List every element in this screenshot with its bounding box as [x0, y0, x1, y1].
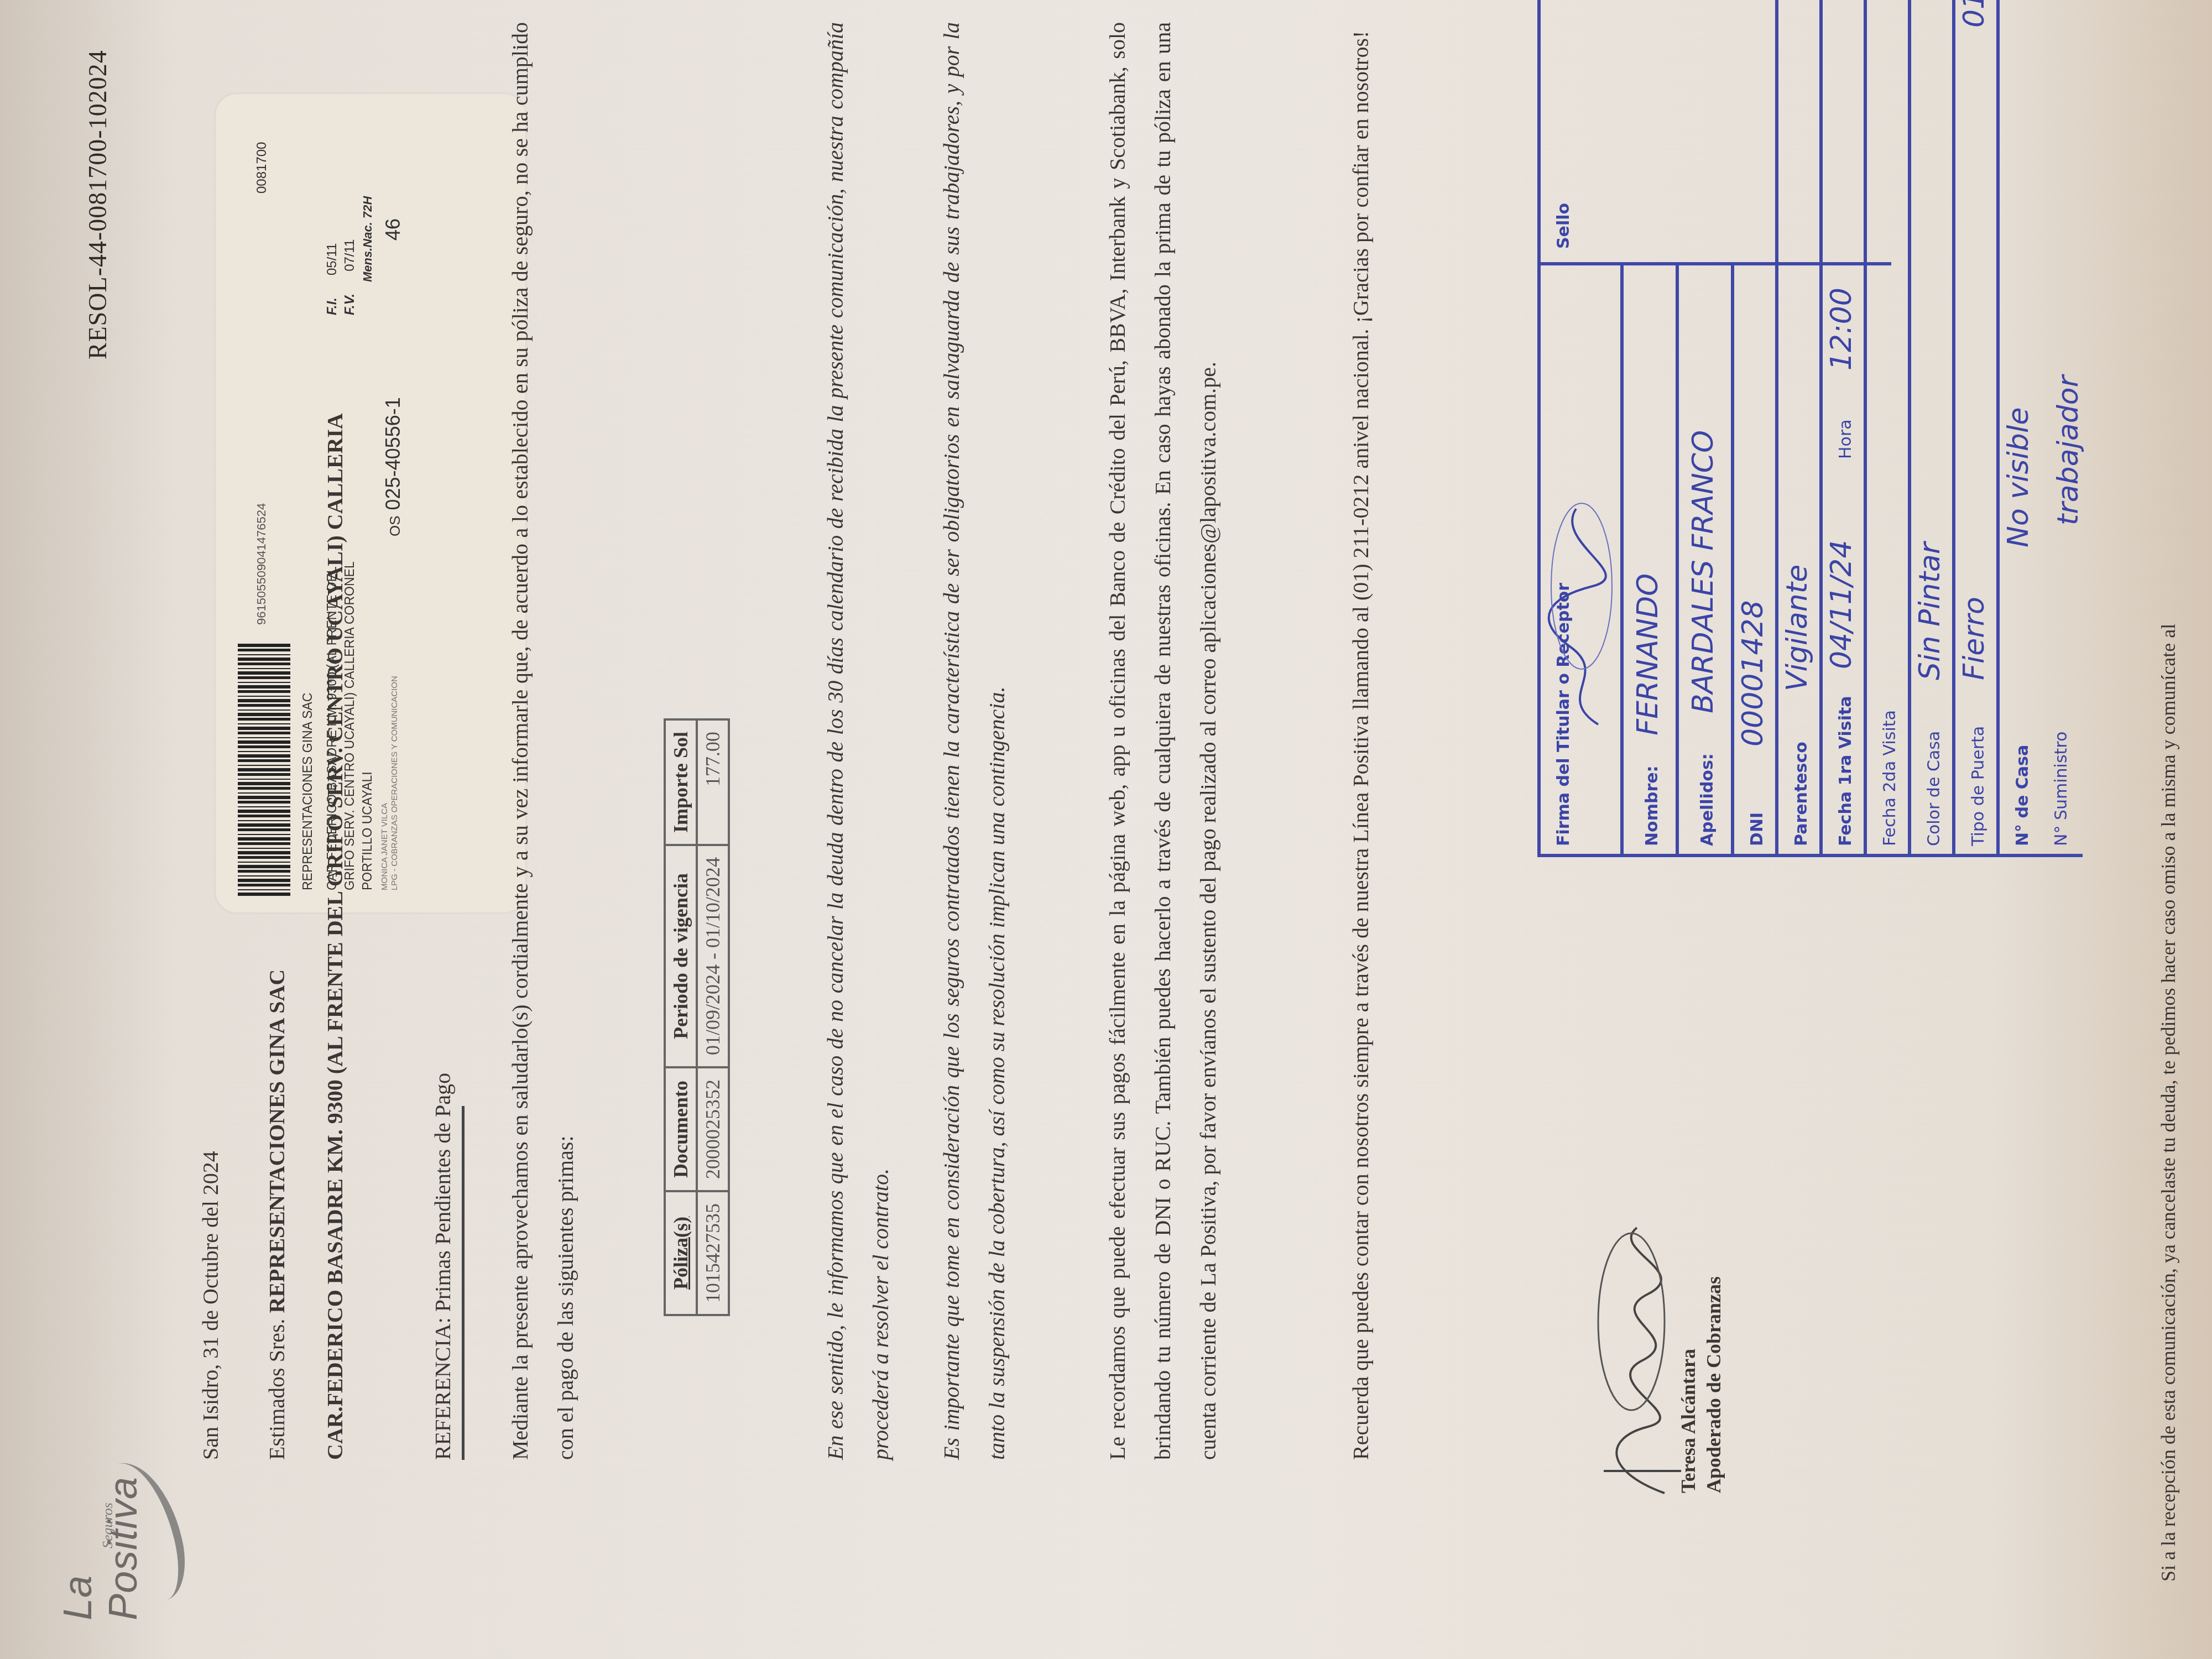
col-periodo: Periodo de vigencia: [665, 845, 697, 1067]
recipient-address: CAR.FEDERICO BASADRE KM. 9300 (AL FRENTE…: [321, 409, 349, 1460]
label-hora: Hora: [1836, 419, 1855, 459]
greeting: Estimados Sres. REPRESENTACIONES GINA SA…: [254, 969, 300, 1460]
form-divider: [1620, 265, 1624, 857]
value-extra: trabajador: [2052, 375, 2085, 525]
greeting-name: REPRESENTACIONES GINA SAC: [264, 969, 289, 1313]
value-fecha1: 04/11/24: [1825, 540, 1858, 669]
label-n-casa: N° de Casa: [2013, 745, 2032, 846]
visit-form: Firma del Titular o Receptor Sello Nombr…: [1537, 0, 2090, 857]
value-parentesco: Vigilante: [1781, 565, 1814, 691]
label-os: OS025-40556-1: [382, 397, 405, 536]
resolution-code: RESOL-44-0081700-102024: [83, 50, 112, 359]
signer-name: Teresa Alcántara: [1676, 1276, 1701, 1493]
label-dni: DNI: [1747, 812, 1767, 846]
reference-underline: [462, 1106, 465, 1460]
label-color-casa: Color de Casa: [1924, 731, 1944, 846]
col-documento: Documento: [665, 1067, 697, 1191]
label-parentesco: Parentesco: [1792, 742, 1811, 846]
os-prefix: OS: [387, 515, 403, 536]
signer: Teresa Alcántara Apoderado de Cobranzas: [1676, 1276, 1726, 1493]
letter-date: San Isidro, 31 de Octubre del 2024: [188, 1151, 233, 1460]
barcode-number: 96150550904147652​4: [254, 503, 269, 625]
form-divider: [1908, 0, 1911, 857]
paragraph-warning: En ese sentido, le informamos que en el …: [813, 22, 904, 1460]
label-service: Mens.Nac. 72H: [361, 196, 375, 282]
mailing-label: 96150550904147652​4 0081700 REPRESENTACI…: [216, 94, 525, 912]
os-value: 025-40556-1: [382, 397, 404, 510]
label-sello: Sello: [1554, 203, 1573, 249]
form-divider: [1676, 265, 1679, 857]
label-code: 0081700: [254, 142, 270, 194]
value-hora: 12:00: [1825, 288, 1858, 371]
label-n-medidor: N° Suministro: [2052, 732, 2071, 846]
form-signature-icon: [1543, 498, 1620, 730]
fv-value: 07/11: [342, 239, 357, 272]
paragraph-intro: Mediante la presente aprovechamos en sal…: [498, 22, 588, 1460]
col-poliza: Póliza(s): [665, 1191, 697, 1315]
form-divider: [1819, 0, 1823, 857]
value-nombre: FERNANDO: [1631, 573, 1665, 735]
label-nombre: Nombre:: [1642, 765, 1662, 846]
fi-value: 05/11: [325, 243, 340, 275]
reference: REFERENCIA: Primas Pendientes de Pago: [420, 1073, 466, 1460]
signer-title: Apoderado de Cobranzas: [1701, 1276, 1726, 1493]
value-n-casa: 01: [1958, 0, 1991, 28]
cell-poliza: 1015427535: [697, 1191, 729, 1315]
cell-documento: 2000025352: [697, 1067, 729, 1191]
fi-label: F.I.: [325, 298, 340, 315]
letter-page: La Positiva Seguros RESOL-44-0081700-102…: [0, 0, 2212, 1659]
label-address-line: PORTILLO UCAYALI: [358, 337, 376, 890]
label-fecha1: Fecha 1ra Visita: [1836, 696, 1855, 846]
form-divider: [1775, 0, 1778, 857]
value-n-medidor: No visible: [2002, 408, 2035, 547]
la-positiva-logo: La Positiva Seguros: [22, 1438, 155, 1626]
label-tipo-puerta: Tipo de Puerta: [1969, 726, 1988, 846]
form-divider: [1952, 0, 1955, 857]
label-count: 46: [382, 218, 405, 241]
paragraph-closing: Recuerda que puedes contar con nosotros …: [1338, 22, 1384, 1460]
barcode-icon: [238, 641, 290, 896]
form-divider: [1864, 0, 1867, 857]
table-row: 1015427535 2000025352 01/09/2024 - 01/10…: [697, 719, 729, 1315]
cell-periodo: 01/09/2024 - 01/10/2024: [697, 845, 729, 1067]
footer-note: Si a la recepción de esta comunicación, …: [2157, 624, 2180, 1582]
form-divider: [1731, 265, 1734, 857]
paragraph-importance: Es importante que tome en consideración …: [929, 22, 1020, 1460]
paragraph-payment: Le recordamos que puede efectuar sus pag…: [1095, 22, 1231, 1460]
value-color-casa: Sin Pintar: [1913, 542, 1947, 680]
label-fecha2: Fecha 2da Visita: [1880, 710, 1900, 846]
value-dni: 00001428: [1736, 600, 1770, 747]
form-divider: [1996, 0, 2000, 857]
fv-label: F.V.: [342, 294, 357, 315]
table-header-row: Póliza(s) Documento Periodo de vigencia …: [665, 719, 697, 1315]
label-apellidos: Apellidos:: [1698, 753, 1717, 846]
label-area: LPG - COBRANZAS OPERACIONES Y COMUNICACI…: [390, 676, 399, 890]
label-dates: F.I.05/11 F.V.07/11: [324, 239, 359, 315]
form-divider: [1537, 262, 1891, 265]
col-importe: Importe Sol: [665, 719, 697, 845]
value-apellidos: BARDALES FRANCO: [1687, 430, 1720, 713]
greeting-prefix: Estimados Sres.: [264, 1318, 289, 1460]
cell-importe: 177.00: [697, 719, 729, 845]
premiums-table: Póliza(s) Documento Periodo de vigencia …: [664, 718, 730, 1316]
label-recipient: REPRESENTACIONES GINA SAC: [299, 337, 316, 890]
value-tipo-puerta: Fierro: [1958, 597, 1991, 680]
